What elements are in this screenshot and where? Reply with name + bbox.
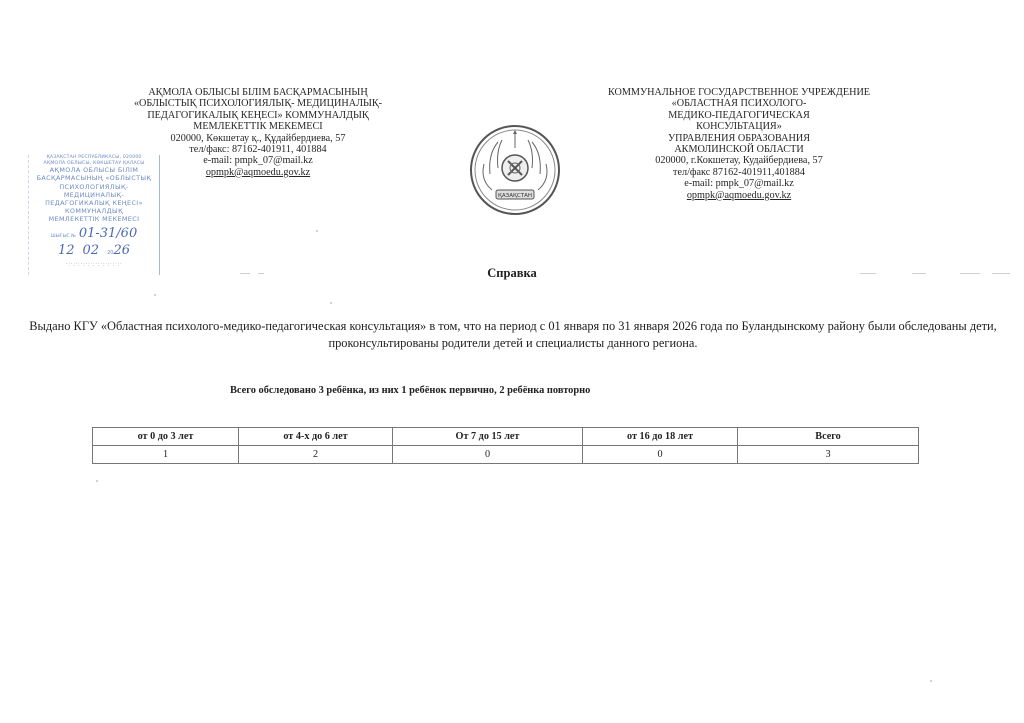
stamp-line: КОММУНАЛДЫҚ	[29, 207, 159, 215]
table-header-cell: От 7 до 15 лет	[393, 428, 583, 446]
header-right-email: e-mail: pmpk_07@mail.kz	[588, 178, 890, 189]
scan-speck	[154, 294, 156, 296]
stamp-line: БАСҚАРМАСЫНЫҢ «ОБЛЫСТЫҚ	[29, 174, 159, 182]
header-right-russian: КОММУНАЛЬНОЕ ГОСУДАРСТВЕННОЕ УЧРЕЖДЕНИЕ …	[588, 87, 890, 201]
header-left-address: 020000, Көкшетау қ., Құдайбердиева, 57	[118, 133, 398, 144]
header-right-line: АКМОЛИНСКОЙ ОБЛАСТИ	[588, 144, 890, 155]
table-header-cell: Всего	[738, 428, 919, 446]
header-right-line: МЕДИКО-ПЕДАГОГИЧЕСКАЯ	[588, 110, 890, 121]
header-right-line: УПРАВЛЕНИЯ ОБРАЗОВАНИЯ	[588, 133, 890, 144]
scan-dash	[960, 273, 980, 274]
scan-speck	[330, 302, 332, 304]
state-emblem-icon: ҚАЗАҚСТАН	[468, 124, 562, 216]
header-left-email: e-mail: pmpk_07@mail.kz	[118, 155, 398, 166]
stamp-date-month: 02	[83, 243, 100, 258]
svg-text:ҚАЗАҚСТАН: ҚАЗАҚСТАН	[498, 193, 532, 199]
scan-speck	[930, 680, 932, 682]
scan-dash	[912, 273, 926, 274]
table-cell: 3	[738, 446, 919, 464]
stamp-line: ПСИХОЛОГИЯЛЫҚ-	[29, 183, 159, 191]
header-left-kazakh: АҚМОЛА ОБЛЫСЫ БІЛІМ БАСҚАРМАСЫНЫҢ «ОБЛЫС…	[118, 87, 398, 178]
header-left-email-link[interactable]: opmpk@aqmoedu.gov.kz	[118, 167, 398, 178]
table-cell: 0	[393, 446, 583, 464]
table-row: 1 2 0 0 3	[93, 446, 919, 464]
scan-dash	[860, 273, 876, 274]
stamp-line: ПЕДАГОГИКАЛЫҚ КЕҢЕСІ»	[29, 199, 159, 207]
stamp-date-day: 12	[58, 243, 75, 258]
table-header-row: от 0 до 3 лет от 4-х до 6 лет От 7 до 15…	[93, 428, 919, 446]
scan-dash	[992, 273, 1010, 274]
document-summary: Всего обследовано 3 ребёнка, из них 1 ре…	[230, 385, 590, 396]
table-header-cell: от 16 до 18 лет	[583, 428, 738, 446]
header-left-line: ПЕДАГОГИКАЛЫҚ КЕҢЕСІ» КОММУНАЛДЫҚ	[118, 110, 398, 121]
header-right-line: КОММУНАЛЬНОЕ ГОСУДАРСТВЕННОЕ УЧРЕЖДЕНИЕ	[588, 87, 890, 98]
header-right-line: «ОБЛАСТНАЯ ПСИХОЛОГО-	[588, 98, 890, 109]
scan-speck	[96, 480, 98, 482]
table-cell: 2	[239, 446, 393, 464]
stamp-line: МЕДИЦИНАЛЫҚ-	[29, 191, 159, 199]
age-stats-table: от 0 до 3 лет от 4-х до 6 лет От 7 до 15…	[92, 427, 919, 464]
stamp-date-year-wrap: 2026	[107, 239, 130, 258]
stamp-date-year: 26	[113, 243, 130, 258]
table-cell: 1	[93, 446, 239, 464]
header-left-phone: тел/факс: 87162-401911, 401884	[118, 144, 398, 155]
header-right-phone: тел/факс 87162-401911,401884	[588, 167, 890, 178]
header-left-line: «ОБЛЫСТЫҚ ПСИХОЛОГИЯЛЫҚ- МЕДИЦИНАЛЫҚ-	[118, 98, 398, 109]
stamp-tiny-line: ҚАЗАҚСТАН РЕСПУБЛИКАСЫ, 020000	[29, 155, 159, 161]
scan-dash	[240, 273, 250, 274]
table-cell: 0	[583, 446, 738, 464]
header-right-address: 020000, г.Кокшетау, Кудайбердиева, 57	[588, 155, 890, 166]
scan-dash	[258, 273, 264, 274]
scan-speck	[316, 230, 318, 232]
stamp-line: АҚМОЛА ОБЛЫСЫ БІЛІМ	[29, 166, 159, 174]
stamp-reg-label: ШЫҒЫС №	[51, 234, 76, 239]
table-header-cell: от 4-х до 6 лет	[239, 428, 393, 446]
header-right-line: КОНСУЛЬТАЦИЯ»	[588, 121, 890, 132]
header-left-line: АҚМОЛА ОБЛЫСЫ БІЛІМ БАСҚАРМАСЫНЫҢ	[118, 87, 398, 98]
stamp-line: МЕМЛЕКЕТТІК МЕКЕМЕСІ	[29, 215, 159, 223]
table-header-cell: от 0 до 3 лет	[93, 428, 239, 446]
registration-stamp: ҚАЗАҚСТАН РЕСПУБЛИКАСЫ, 020000 АҚМОЛА ОБ…	[28, 155, 160, 275]
header-right-email-link[interactable]: opmpk@aqmoedu.gov.kz	[588, 190, 890, 201]
document-body: Выдано КГУ «Областная психолого-медико-п…	[22, 318, 1004, 351]
header-left-line: МЕМЛЕКЕТТІК МЕКЕМЕСІ	[118, 121, 398, 132]
stamp-date: 12 02 2026	[29, 239, 159, 258]
